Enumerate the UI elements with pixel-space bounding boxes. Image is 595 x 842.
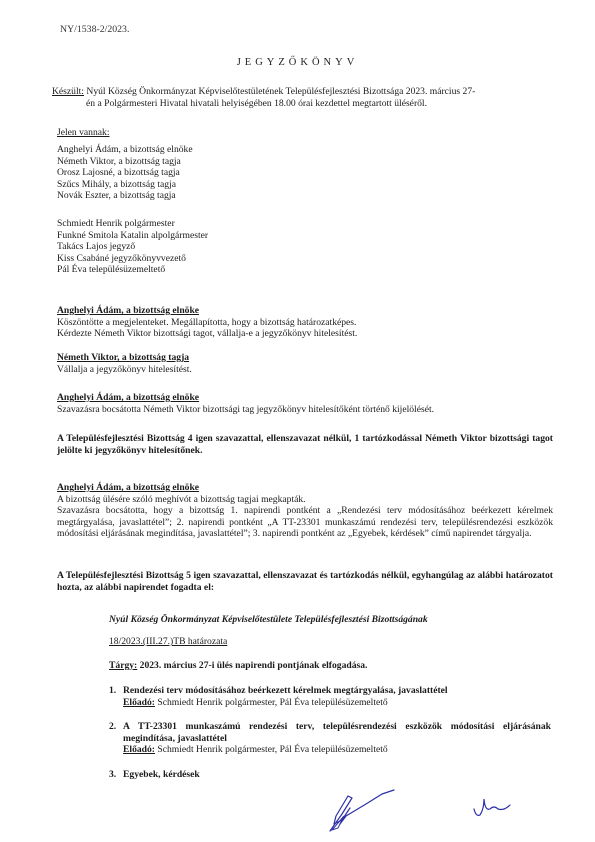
agenda-item: 2. A TT-23301 munkaszámú rendezési terv,… — [109, 721, 551, 756]
presenter-label: Előadó: — [123, 697, 155, 708]
resolution-agenda: A Településfejlesztési Bizottság 5 igen … — [57, 570, 553, 593]
section-line: Kérdezte Németh Viktor bizottsági tagot,… — [57, 328, 557, 340]
presenter-names: Schmiedt Henrik polgármester, Pál Éva te… — [157, 744, 387, 755]
agenda-presenter: Előadó: Schmiedt Henrik polgármester, Pá… — [123, 697, 551, 709]
presenter-label: Előadó: — [123, 744, 155, 755]
signature-authenticator — [470, 795, 530, 821]
official-item: Pál Éva településüzemeltető — [57, 264, 208, 276]
section-chair-welcome: Anghelyi Ádám, a bizottság elnöke Köszön… — [57, 305, 557, 340]
section-line: Vállalja a jegyzőkönyv hitelesítést. — [57, 364, 557, 376]
agenda-item: 1. Rendezési terv módosításához beérkeze… — [109, 685, 551, 708]
section-speaker: Anghelyi Ádám, a bizottság elnöke — [57, 392, 557, 404]
agenda-item: 3. Egyebek, kérdések — [109, 769, 551, 781]
agenda-title: A TT-23301 munkaszámú rendezési terv, te… — [123, 721, 551, 744]
agenda-list: 1. Rendezési terv módosításához beérkeze… — [109, 685, 551, 794]
member-item: Anghelyi Ádám, a bizottság elnöke — [57, 144, 193, 156]
prepared-label: Készült: — [52, 86, 84, 97]
section-speaker: Anghelyi Ádám, a bizottság elnöke — [57, 305, 557, 317]
prepared-paragraph: Készült: Nyúl Község Önkormányzat Képvis… — [52, 86, 550, 109]
presenter-names: Schmiedt Henrik polgármester, Pál Éva te… — [157, 697, 387, 708]
section-line: A bizottság ülésére szóló meghívót a biz… — [57, 494, 553, 506]
section-line: Köszöntötte a megjelenteket. Megállapíto… — [57, 317, 557, 329]
official-item: Schmiedt Henrik polgármester — [57, 218, 208, 230]
agenda-title: Rendezési terv módosításához beérkezett … — [123, 685, 551, 697]
section-line: Szavazásra bocsátotta Németh Viktor bizo… — [57, 404, 557, 416]
prepared-line-2: én a Polgármesteri Hivatal hivatali hely… — [52, 98, 550, 110]
present-label: Jelen vannak: — [57, 127, 109, 139]
section-chair-agenda: Anghelyi Ádám, a bizottság elnöke A bizo… — [57, 482, 553, 540]
resolution-number: 18/2023.(III.27.)TB határozata — [109, 636, 227, 648]
prepared-line-1: Nyúl Község Önkormányzat Képviselőtestül… — [86, 86, 475, 97]
resolution-subject: Tárgy: 2023. március 27-i ülés napirendi… — [109, 660, 367, 672]
agenda-number: 3. — [109, 769, 116, 781]
member-item: Németh Viktor, a bizottság tagja — [57, 156, 193, 168]
document-title: JEGYZŐKÖNYV — [0, 57, 595, 69]
agenda-number: 2. — [109, 721, 116, 733]
officials-list: Schmiedt Henrik polgármester Funkné Smit… — [57, 218, 208, 276]
agenda-title: Egyebek, kérdések — [123, 769, 551, 781]
official-item: Takács Lajos jegyző — [57, 241, 208, 253]
resolution-authenticator: A Településfejlesztési Bizottság 4 igen … — [57, 433, 553, 456]
section-chair-vote-authenticator: Anghelyi Ádám, a bizottság elnöke Szavaz… — [57, 392, 557, 415]
agenda-number: 1. — [109, 685, 116, 697]
subject-text: 2023. március 27-i ülés napirendi pontjá… — [140, 660, 368, 671]
agenda-presenter: Előadó: Schmiedt Henrik polgármester, Pá… — [123, 744, 551, 756]
members-list: Anghelyi Ádám, a bizottság elnöke Németh… — [57, 144, 193, 202]
member-item: Orosz Lajosné, a bizottság tagja — [57, 167, 193, 179]
section-line: Szavazásra bocsátotta, hogy a bizottság … — [57, 505, 553, 540]
document-number: NY/1538-2/2023. — [60, 24, 129, 36]
section-speaker: Németh Viktor, a bizottság tagja — [57, 352, 557, 364]
official-item: Kiss Csabáné jegyzőkönyvvezető — [57, 253, 208, 265]
member-item: Szűcs Mihály, a bizottság tagja — [57, 179, 193, 191]
official-item: Funkné Smitola Katalin alpolgármester — [57, 230, 208, 242]
resolution-organ: Nyúl Község Önkormányzat Képviselőtestül… — [109, 614, 428, 626]
subject-label: Tárgy: — [109, 660, 137, 671]
section-speaker: Anghelyi Ádám, a bizottság elnöke — [57, 482, 553, 494]
signature-chair — [322, 786, 422, 836]
member-item: Novák Eszter, a bizottság tagja — [57, 190, 193, 202]
section-member-response: Németh Viktor, a bizottság tagja Vállalj… — [57, 352, 557, 375]
